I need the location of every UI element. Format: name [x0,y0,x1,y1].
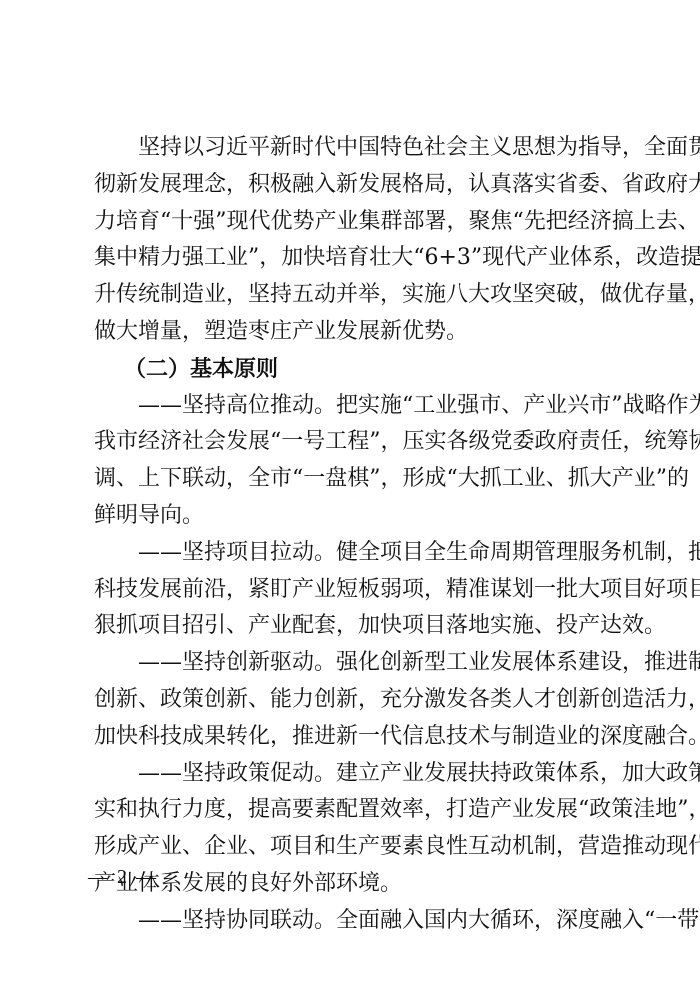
text-line: 形成产业、企业、项目和生产要素良性互动机制，营造推动现代 [94,829,602,866]
text-line: 坚持以习近平新时代中国特色社会主义思想为指导，全面贯 [94,130,602,167]
text-line: ——坚持政策促动。建立产业发展扶持政策体系，加大政策落 [94,756,602,793]
text-line: 产业体系发展的良好外部环境。 [94,866,602,903]
text-line: 彻新发展理念，积极融入新发展格局，认真落实省委、省政府大 [94,167,602,204]
text-line: 力培育“十强”现代优势产业集群部署，聚焦“先把经济搞上去、 [94,204,602,241]
page-number: — 2 — [88,866,158,889]
text-line: 做大增量，塑造枣庄产业发展新优势。 [94,314,602,351]
document-page: 坚持以习近平新时代中国特色社会主义思想为指导，全面贯 彻新发展理念，积极融入新发… [0,0,700,989]
text-line: 升传统制造业，坚持五动并举，实施八大攻坚突破，做优存量， [94,277,602,314]
body-text: 坚持以习近平新时代中国特色社会主义思想为指导，全面贯 彻新发展理念，积极融入新发… [94,130,602,940]
section-heading: （二）基本原则 [94,351,602,388]
text-line: 我市经济社会发展“一号工程”，压实各级党委政府责任，统筹协 [94,424,602,461]
text-line: 科技发展前沿，紧盯产业短板弱项，精准谋划一批大项目好项目， [94,572,602,609]
text-line: 创新、政策创新、能力创新，充分激发各类人才创新创造活力， [94,682,602,719]
text-line: ——坚持创新驱动。强化创新型工业发展体系建设，推进制度 [94,645,602,682]
text-line: 鲜明导向。 [94,498,602,535]
text-line: 调、上下联动，全市“一盘棋”，形成“大抓工业、抓大产业”的 [94,461,602,498]
text-line: ——坚持协同联动。全面融入国内大循环，深度融入“一带一 [94,903,602,940]
text-line: 狠抓项目招引、产业配套，加快项目落地实施、投产达效。 [94,608,602,645]
text-line: 实和执行力度，提高要素配置效率，打造产业发展“政策洼地”， [94,792,602,829]
text-line: ——坚持高位推动。把实施“工业强市、产业兴市”战略作为 [94,388,602,425]
text-line: 集中精力强工业”，加快培育壮大“6+3”现代产业体系，改造提 [94,240,602,277]
text-line: ——坚持项目拉动。健全项目全生命周期管理服务机制，把握 [94,535,602,572]
text-line: 加快科技成果转化，推进新一代信息技术与制造业的深度融合。 [94,719,602,756]
